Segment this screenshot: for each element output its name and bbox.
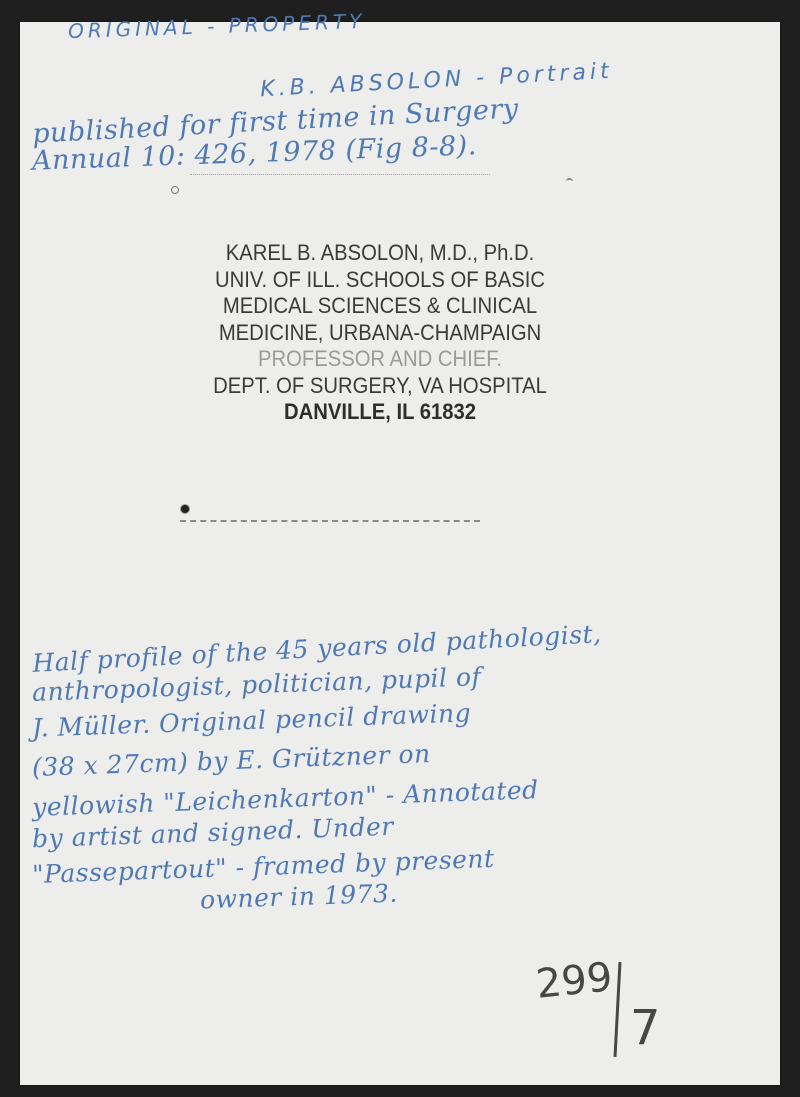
stamp-line-sciences: MEDICAL SCIENCES & CLINICAL [178,293,583,320]
photo-card-back: ORIGINAL - PROPERTY K.B. ABSOLON - Portr… [20,22,780,1085]
faint-dotted-line [190,174,490,175]
catalog-number-denominator: 7 [630,1000,661,1056]
catalog-number-numerator: 299 [534,954,615,1008]
stamp-line-department: DEPT. OF SURGERY, VA HOSPITAL [178,373,583,400]
description-line-8: owner in 1973. [200,879,399,915]
punch-hole-bottom [181,505,189,513]
stamp-line-city: DANVILLE, IL 61832 [178,399,583,426]
stamp-line-medicine: MEDICINE, URBANA-CHAMPAIGN [178,320,583,347]
stamp-line-title: PROFESSOR AND CHIEF. [178,346,583,373]
note-original-property: ORIGINAL - PROPERTY [68,9,366,43]
stamp-line-name: KAREL B. ABSOLON, M.D., Ph.D. [178,240,583,267]
description-line-4: (38 x 27cm) by E. Grützner on [32,739,431,782]
note-absolon-portrait: K.B. ABSOLON - Portrait [260,59,614,102]
catalog-number-slash [614,962,622,1057]
dashed-cut-line [180,520,480,522]
punch-mark-right [566,178,573,185]
punch-mark-left [171,186,179,194]
description-line-3: J. Müller. Original pencil drawing [32,698,472,742]
address-stamp: KAREL B. ABSOLON, M.D., Ph.D. UNIV. OF I… [160,240,600,426]
stamp-line-university: UNIV. OF ILL. SCHOOLS OF BASIC [178,267,583,294]
